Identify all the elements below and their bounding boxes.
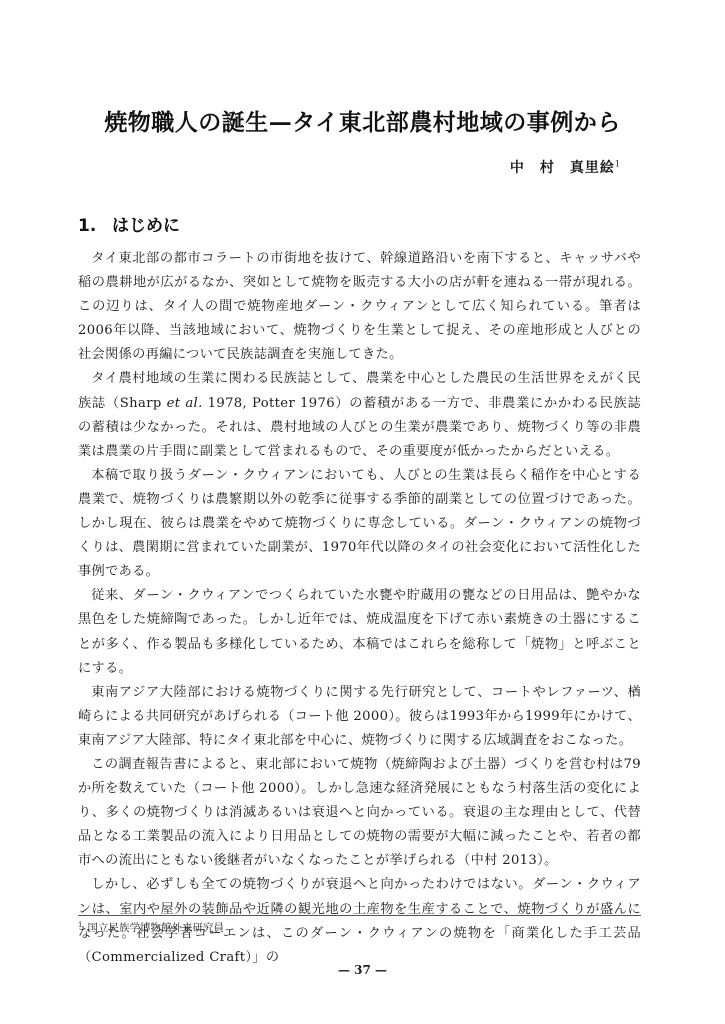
paragraph: タイ農村地域の生業に関わる民族誌として、農業を中心とした農民の生活世界をえがく民… xyxy=(78,367,641,463)
paragraph-italic-text: et al. xyxy=(167,396,203,411)
paper-title: 焼物職人の誕生—タイ東北部農村地域の事例から xyxy=(0,104,725,137)
section-title: はじめに xyxy=(112,216,180,236)
author-footnote-marker: 1 xyxy=(615,159,621,168)
author-name: 中 村 真里絵 xyxy=(510,160,615,176)
paragraph: タイ東北部の都市コラートの市街地を抜けて、幹線道路沿いを南下すると、キャッサバや… xyxy=(78,247,641,367)
section-number: 1. xyxy=(78,216,112,236)
page-number: — 37 — xyxy=(0,963,725,977)
footnote: 1国立民族学博物館外来研究員 xyxy=(78,920,224,935)
footnote-divider xyxy=(78,915,641,916)
paragraph: この調査報告書によると、東北部において焼物（焼締陶および土器）づくりを営む村は7… xyxy=(78,753,641,873)
section-heading: 1.はじめに xyxy=(78,211,180,236)
paragraph: 東南アジア大陸部における焼物づくりに関する先行研究として、コートやレファーツ、楢… xyxy=(78,681,641,753)
author: 中 村 真里絵1 xyxy=(510,157,621,177)
footnote-marker: 1 xyxy=(78,921,82,929)
body-text: タイ東北部の都市コラートの市街地を抜けて、幹線道路沿いを南下すると、キャッサバや… xyxy=(78,247,641,970)
paragraph: 従来、ダーン・クウィアンでつくられていた水甕や貯蔵用の甕などの日用品は、艶やかな… xyxy=(78,584,641,680)
footnote-text: 国立民族学博物館外来研究員 xyxy=(87,922,224,934)
paragraph: 本稿で取り扱うダーン・クウィアンにおいても、人びとの生業は長らく稲作を中心とする… xyxy=(78,464,641,584)
